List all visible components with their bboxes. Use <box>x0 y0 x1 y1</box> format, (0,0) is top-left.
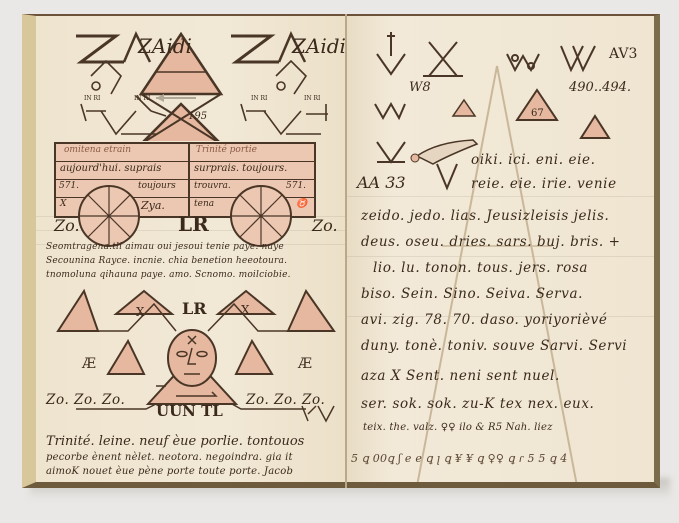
face-glyph-drawing: X X LR Æ Æ UUN TL <box>36 286 347 431</box>
header-word-1: ZAidi <box>138 34 192 58</box>
svg-text:IN RI: IN RI <box>134 95 151 102</box>
svg-text:X: X <box>241 303 250 317</box>
text-line: teix. the. valz. ♀♀ ilo & R5 Nah. liez <box>363 422 553 433</box>
zo-mark-right: Zo. <box>312 216 338 235</box>
center-glyph: LR <box>178 212 209 236</box>
open-notebook: 195 IN RI IN RI IN RI IN RI ZAidi ZAidi … <box>22 14 662 494</box>
svg-text:IN RI: IN RI <box>251 95 268 102</box>
text-line: oiki. ici. eni. eie. <box>471 152 595 168</box>
text-line: ser. sok. sok. zu-K tex nex. eux. <box>361 396 594 412</box>
cart-wheel-left <box>74 181 144 251</box>
svg-text:IN RI: IN RI <box>304 95 321 102</box>
svg-text:LR: LR <box>182 299 207 318</box>
header-word-2: ZAidi <box>292 34 346 58</box>
number-195: 195 <box>188 111 207 122</box>
text-line: biso. Sein. Sino. Seiva. Serva. <box>361 286 583 302</box>
right-page: 67 AA 33 AV3 W8 490..494. oiki. ici. eni… <box>347 14 660 488</box>
zo-mark-left: Zo. <box>54 216 80 235</box>
text-line: aza X Sent. neni sent nuel. <box>361 368 560 384</box>
text-line: zeido. jedo. lias. Jeusizleisis jelis. <box>361 208 609 224</box>
text-line: duny. tonè. toniv. souve Sarvi. Servi <box>361 338 627 354</box>
inri-label: IN RI <box>84 95 101 102</box>
number-67: 67 <box>531 108 544 119</box>
mark-w8: W8 <box>409 80 431 95</box>
text-line: lio. lu. tonon. tous. jers. rosa <box>373 260 588 276</box>
glyph-row: 5 ꝗ 00ꝗ ʃ e e ꝗ ꞁ ꝗ ¥ ¥ ꝗ ♀♀ ꝗ ɾ 5 5 ꝗ 4 <box>351 452 567 465</box>
text-line: avi. zig. 78. 70. daso. yoriyorièvé <box>361 312 608 328</box>
mark-490-494: 490..494. <box>569 80 631 95</box>
glyph-pair: AA 33 <box>355 173 406 192</box>
cart-wheel-right <box>226 181 296 251</box>
svg-text:X: X <box>136 305 145 319</box>
bottom-glyphs: UUN TL <box>156 402 223 420</box>
text-line: deus. oseu. dries. sars. buj. bris. + <box>361 234 621 250</box>
mark-av3: AV3 <box>609 46 637 62</box>
left-page: 195 IN RI IN RI IN RI IN RI ZAidi ZAidi … <box>22 14 347 488</box>
svg-text:Æ: Æ <box>81 356 96 372</box>
text-line: reie. eie. irie. venie <box>471 176 617 192</box>
svg-text:Æ: Æ <box>297 356 312 372</box>
